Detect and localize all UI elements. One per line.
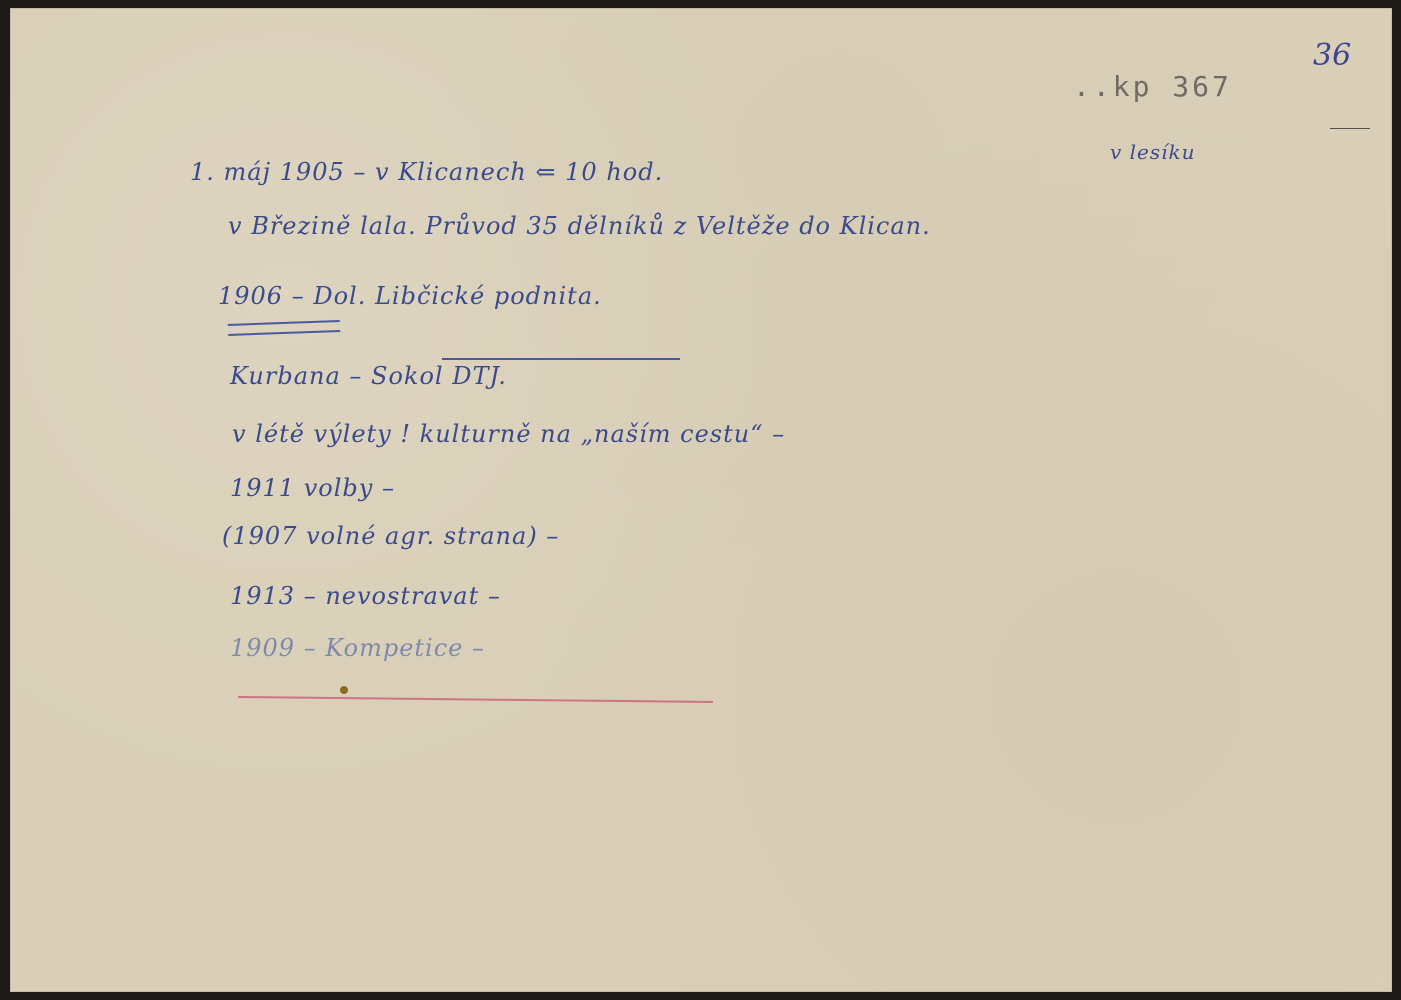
handwritten-line-1a: 1. máj 1905 – v Klicanech ⇐ 10 hod. (190, 158, 663, 186)
double-underline (228, 320, 340, 336)
overline-mark (442, 358, 680, 360)
archive-stamp: ..kp 367 (1073, 70, 1232, 103)
page-number: 36 (1313, 38, 1351, 73)
handwritten-line-9: 1909 – Kompetice – (230, 634, 485, 662)
paper-stain (340, 686, 348, 694)
handwritten-line-5: v létě výlety ! kulturně na „naším cestu… (232, 420, 785, 448)
pencil-mark (1330, 128, 1370, 129)
handwritten-line-1b: v lesíku (1110, 140, 1196, 164)
handwritten-line-7: (1907 volné agr. strana) – (222, 522, 559, 550)
handwritten-line-2: v Březině lala. Průvod 35 dělníků z Velt… (228, 212, 931, 240)
handwritten-line-6: 1911 volby – (230, 474, 395, 502)
handwritten-line-8: 1913 – nevostravat – (230, 582, 501, 610)
red-rule-line (238, 696, 713, 703)
archival-card: ..kp 367 36 1. máj 1905 – v Klicanech ⇐ … (10, 8, 1392, 992)
handwritten-line-4: Kurbana – Sokol DTJ. (230, 362, 507, 390)
handwritten-line-3: 1906 – Dol. Libčické podnita. (218, 282, 602, 310)
